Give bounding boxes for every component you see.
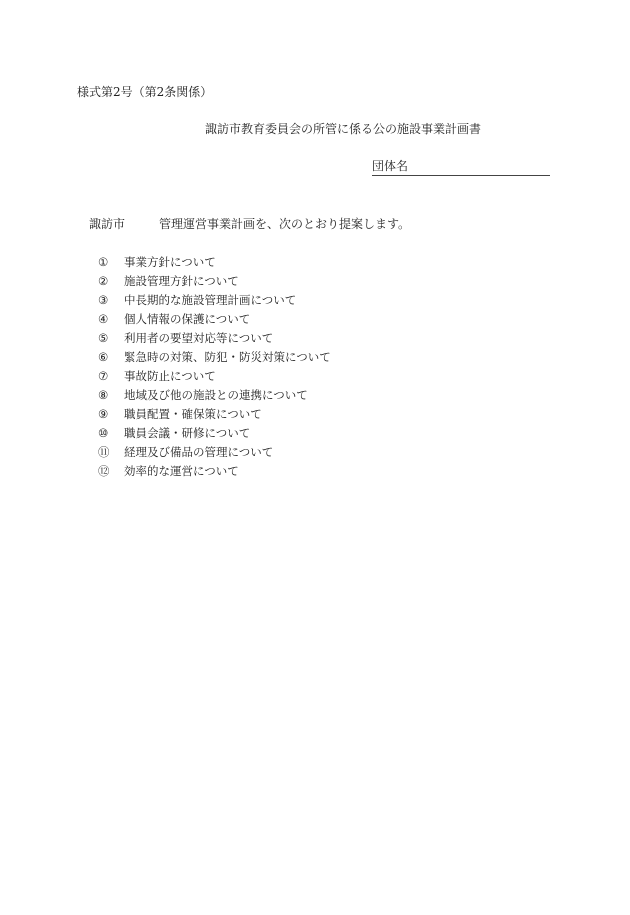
list-item: ⑥緊急時の対策、防犯・防災対策について	[98, 348, 331, 367]
item-text: 中長期的な施設管理計画について	[124, 291, 296, 310]
item-text: 職員会議・研修について	[124, 424, 250, 443]
list-item: ⑪経理及び備品の管理について	[98, 443, 331, 462]
item-text: 効率的な運営について	[124, 462, 239, 481]
organization-label: 団体名	[372, 159, 408, 173]
list-item: ⑤利用者の要望対応等について	[98, 329, 331, 348]
item-number: ④	[98, 310, 124, 329]
item-number: ⑪	[98, 443, 124, 462]
item-number: ⑦	[98, 367, 124, 386]
item-number: ⑥	[98, 348, 124, 367]
document-title: 諏訪市教育委員会の所管に係る公の施設事業計画書	[205, 120, 481, 137]
item-number: ⑨	[98, 405, 124, 424]
list-item: ①事業方針について	[98, 253, 331, 272]
item-text: 職員配置・確保策について	[124, 405, 262, 424]
item-text: 経理及び備品の管理について	[124, 443, 273, 462]
item-number: ③	[98, 291, 124, 310]
form-number: 様式第2号（第2条関係）	[77, 83, 212, 100]
list-item: ③中長期的な施設管理計画について	[98, 291, 331, 310]
item-text: 事業方針について	[124, 253, 216, 272]
item-text: 事故防止について	[124, 367, 216, 386]
item-text: 地域及び他の施設との連携について	[124, 386, 308, 405]
intro-sentence: 諏訪市管理運営事業計画を、次のとおり提案します。	[89, 215, 410, 232]
item-number: ①	[98, 253, 124, 272]
intro-text: 管理運営事業計画を、次のとおり提案します。	[159, 217, 410, 231]
list-item: ④個人情報の保護について	[98, 310, 331, 329]
item-text: 個人情報の保護について	[124, 310, 250, 329]
list-item: ⑩職員会議・研修について	[98, 424, 331, 443]
item-number: ⑧	[98, 386, 124, 405]
item-number: ⑫	[98, 462, 124, 481]
list-item: ⑦事故防止について	[98, 367, 331, 386]
intro-city: 諏訪市	[89, 215, 159, 232]
item-number: ⑩	[98, 424, 124, 443]
item-number: ⑤	[98, 329, 124, 348]
item-text: 緊急時の対策、防犯・防災対策について	[124, 348, 331, 367]
list-item: ②施設管理方針について	[98, 272, 331, 291]
list-item: ⑨職員配置・確保策について	[98, 405, 331, 424]
item-text: 利用者の要望対応等について	[124, 329, 273, 348]
item-number: ②	[98, 272, 124, 291]
item-text: 施設管理方針について	[124, 272, 239, 291]
list-item: ⑧地域及び他の施設との連携について	[98, 386, 331, 405]
organization-name-field[interactable]: 団体名	[372, 157, 550, 176]
list-item: ⑫効率的な運営について	[98, 462, 331, 481]
plan-items-list: ①事業方針について ②施設管理方針について ③中長期的な施設管理計画について ④…	[98, 253, 331, 481]
